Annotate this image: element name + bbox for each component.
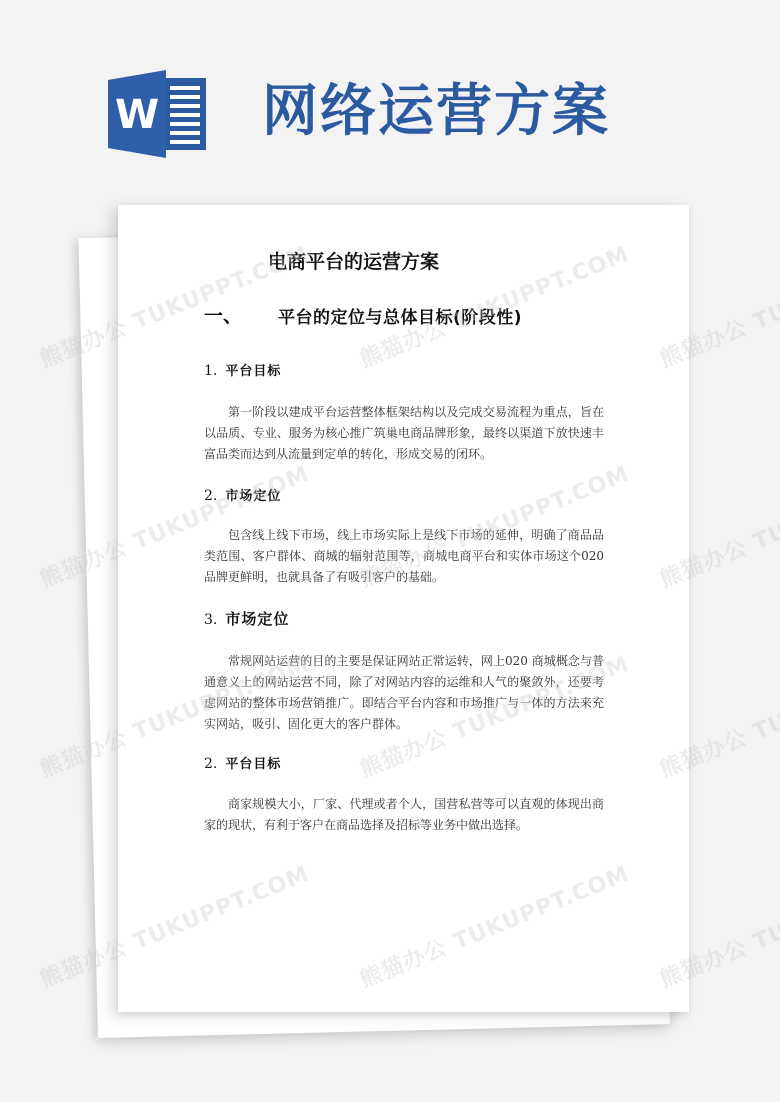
heading-label: 平台目标 xyxy=(225,364,281,379)
heading-label: 市场定位 xyxy=(225,489,281,504)
block-heading: 3.市场定位 xyxy=(204,608,289,629)
block-paragraph: 第一阶段以建成平台运营整体框架结构以及完成交易流程为重点，旨在以品质、专业、服务… xyxy=(204,402,604,465)
heading-number: 1. xyxy=(204,363,217,379)
heading-number: 2. xyxy=(204,488,217,504)
section-title: 平台的定位与总体目标(阶段性) xyxy=(278,303,522,328)
document-page: 电商平台的运营方案 一、 平台的定位与总体目标(阶段性) 1.平台目标 第一阶段… xyxy=(118,205,689,1012)
word-doc-icon: W xyxy=(108,70,208,158)
block-paragraph: 商家规模大小，厂家、代理或者个人，国营私营等可以直观的体现出商家的现状，有利于客… xyxy=(204,794,604,836)
block-heading: 2.平台目标 xyxy=(204,753,281,772)
document-title: 电商平台的运营方案 xyxy=(268,247,439,274)
heading-label: 平台目标 xyxy=(225,757,281,772)
svg-text:W: W xyxy=(115,92,159,138)
heading-number: 2. xyxy=(204,756,217,772)
block-heading: 1.平台目标 xyxy=(204,360,281,379)
banner-header: W 网络运营方案 xyxy=(0,0,780,190)
block-paragraph: 包含线上线下市场，线上市场实际上是线下市场的延伸，明确了商品品类范围、客户群体、… xyxy=(204,525,604,588)
banner-title: 网络运营方案 xyxy=(262,76,610,146)
heading-number: 3. xyxy=(204,612,217,628)
heading-label: 市场定位 xyxy=(225,610,289,628)
block-paragraph: 常规网站运营的目的主要是保证网站正常运转，网上020 商城概念与普通意义上的网站… xyxy=(204,651,604,735)
block-heading: 2.市场定位 xyxy=(204,485,281,504)
section-number: 一、 xyxy=(204,301,242,328)
